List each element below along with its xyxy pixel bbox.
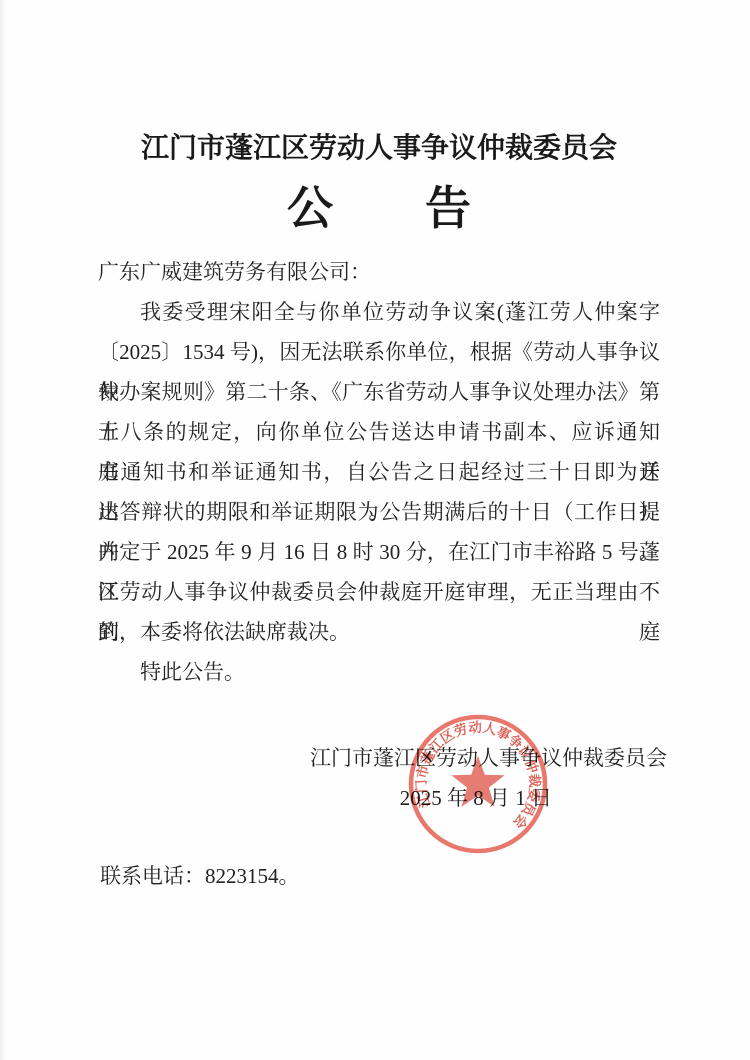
body-line: 区劳动人事争议仲裁委员会仲裁庭开庭审理，无正当理由不到庭 xyxy=(98,572,660,612)
signature-block: 江门市蓬江区劳动人事争议仲裁委员会 2025 年 8 月 1 日 xyxy=(98,738,678,818)
notice-title: 公 告 xyxy=(98,172,660,238)
body-line: 特此公告。 xyxy=(98,652,660,692)
body-line: 庭通知书和举证通知书，自公告之日起经过三十日即为送达。提 xyxy=(98,452,660,492)
body-line: 出答辩状的期限和举证期限为公告期满后的十日（工作日）内。 xyxy=(98,492,660,532)
body-line: 裁办案规则》第二十条、《广东省劳动人事争议处理办法》第五 xyxy=(98,372,660,412)
body-line: 广东广威建筑劳务有限公司： xyxy=(98,252,660,292)
body-line: 我委受理宋阳全与你单位劳动争议案(蓬江劳人仲案字 xyxy=(98,292,660,332)
signature-date: 2025 年 8 月 1 日 xyxy=(98,778,678,818)
body-line: 并定于 2025 年 9 月 16 日 8 时 30 分，在江门市丰裕路 5 号… xyxy=(98,532,660,572)
signature-org: 江门市蓬江区劳动人事争议仲裁委员会 xyxy=(98,738,678,778)
org-title: 江门市蓬江区劳动人事争议仲裁委员会 xyxy=(98,126,660,166)
body-lines: 广东广威建筑劳务有限公司：我委受理宋阳全与你单位劳动争议案(蓬江劳人仲案字〔20… xyxy=(98,252,660,692)
contact-phone: 联系电话：8223154。 xyxy=(100,856,300,896)
scan-edge-shadow xyxy=(0,0,5,1060)
notice-document: 江门市蓬江区劳动人事争议仲裁委员会 公 告 广东广威建筑劳务有限公司：我委受理宋… xyxy=(0,0,750,1060)
body-line: 十八条的规定，向你单位公告送达申请书副本、应诉通知书、开 xyxy=(98,412,660,452)
body-line: 〔2025〕1534 号)，因无法联系你单位，根据《劳动人事争议仲 xyxy=(98,332,660,372)
